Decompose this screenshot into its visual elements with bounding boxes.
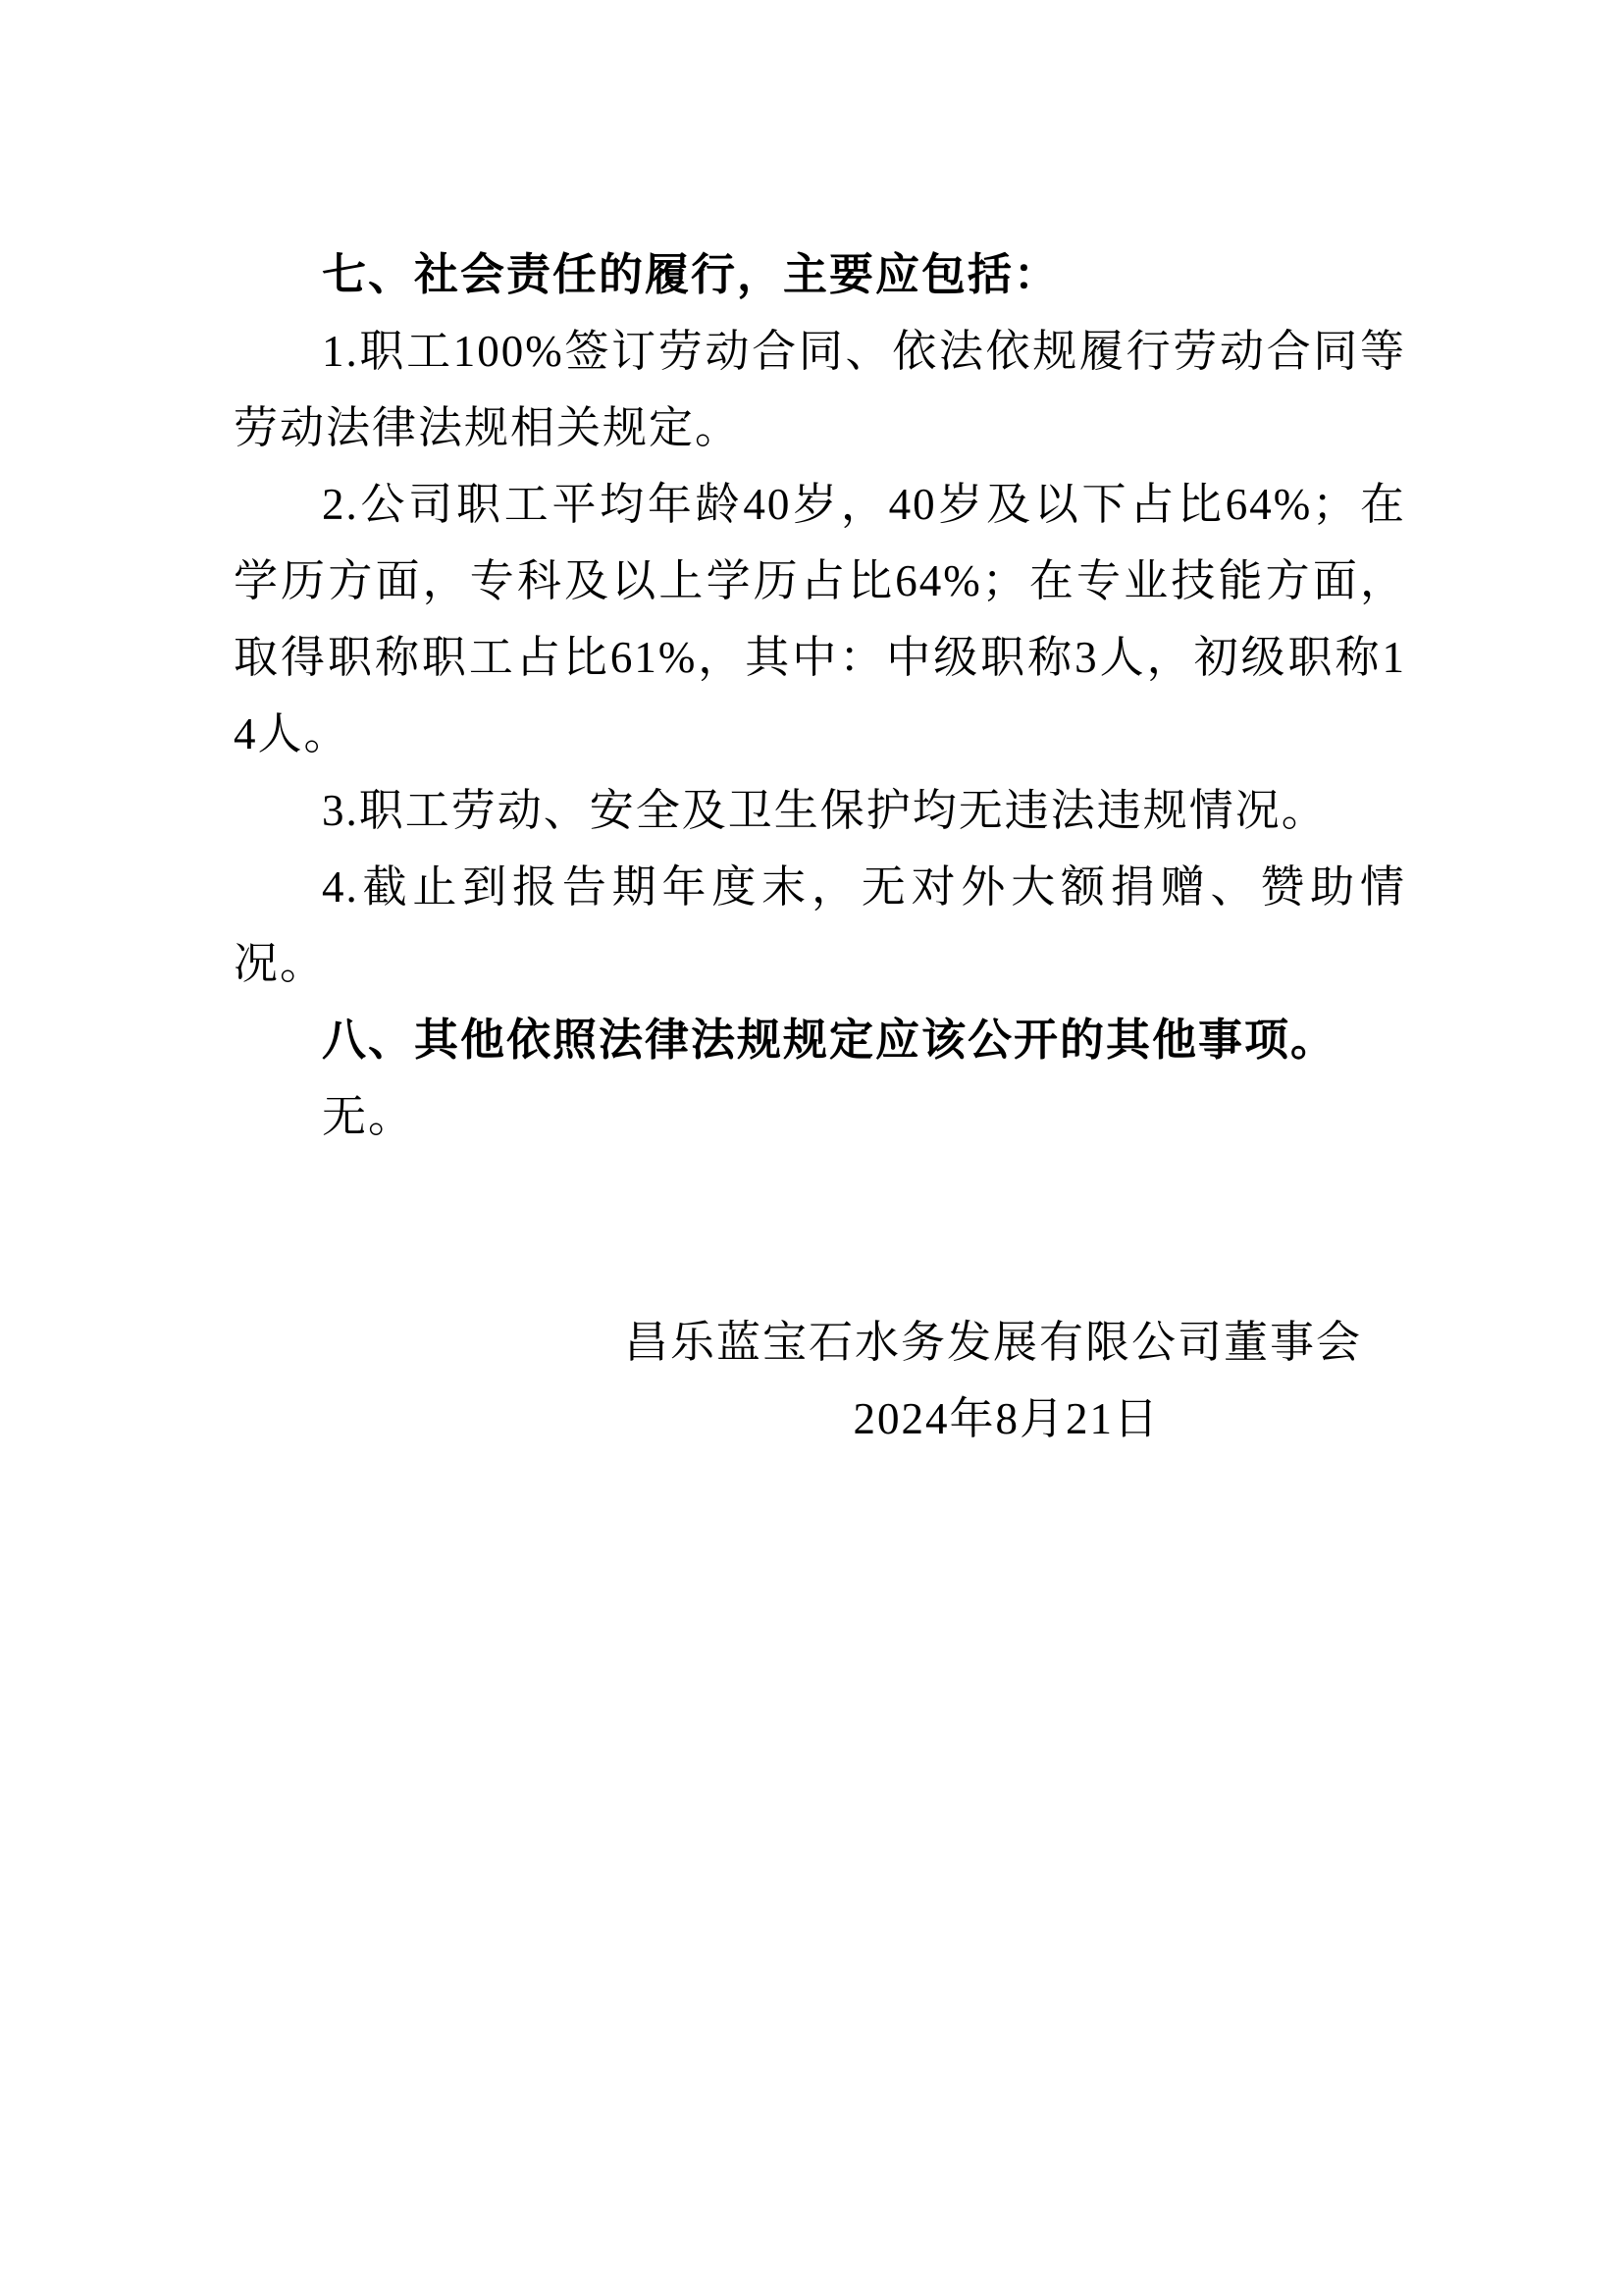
section-heading-eight: 八、其他依照法律法规规定应该公开的其他事项。 bbox=[234, 1002, 1406, 1078]
paragraph-labor-contracts: 1.职工100%签订劳动合同、依法依规履行劳动合同等劳动法律法规相关规定。 bbox=[234, 313, 1406, 466]
paragraph-safety-compliance: 3.职工劳动、安全及卫生保护均无违法违规情况。 bbox=[234, 772, 1406, 849]
paragraph-none: 无。 bbox=[234, 1078, 1406, 1155]
signature-block: 昌乐蓝宝石水务发展有限公司董事会 2024年8月21日 bbox=[234, 1304, 1406, 1457]
document-body: 七、社会责任的履行，主要应包括： 1.职工100%签订劳动合同、依法依规履行劳动… bbox=[234, 236, 1406, 1457]
document-page: 七、社会责任的履行，主要应包括： 1.职工100%签订劳动合同、依法依规履行劳动… bbox=[0, 0, 1624, 2295]
paragraph-staff-statistics: 2.公司职工平均年龄40岁，40岁及以下占比64%；在学历方面，专科及以上学历占… bbox=[234, 466, 1406, 772]
signature-company: 昌乐蓝宝石水务发展有限公司董事会 bbox=[234, 1304, 1406, 1381]
section-heading-seven: 七、社会责任的履行，主要应包括： bbox=[234, 236, 1406, 313]
signature-date: 2024年8月21日 bbox=[234, 1381, 1406, 1457]
paragraph-donations: 4.截止到报告期年度末，无对外大额捐赠、赞助情况。 bbox=[234, 849, 1406, 1002]
